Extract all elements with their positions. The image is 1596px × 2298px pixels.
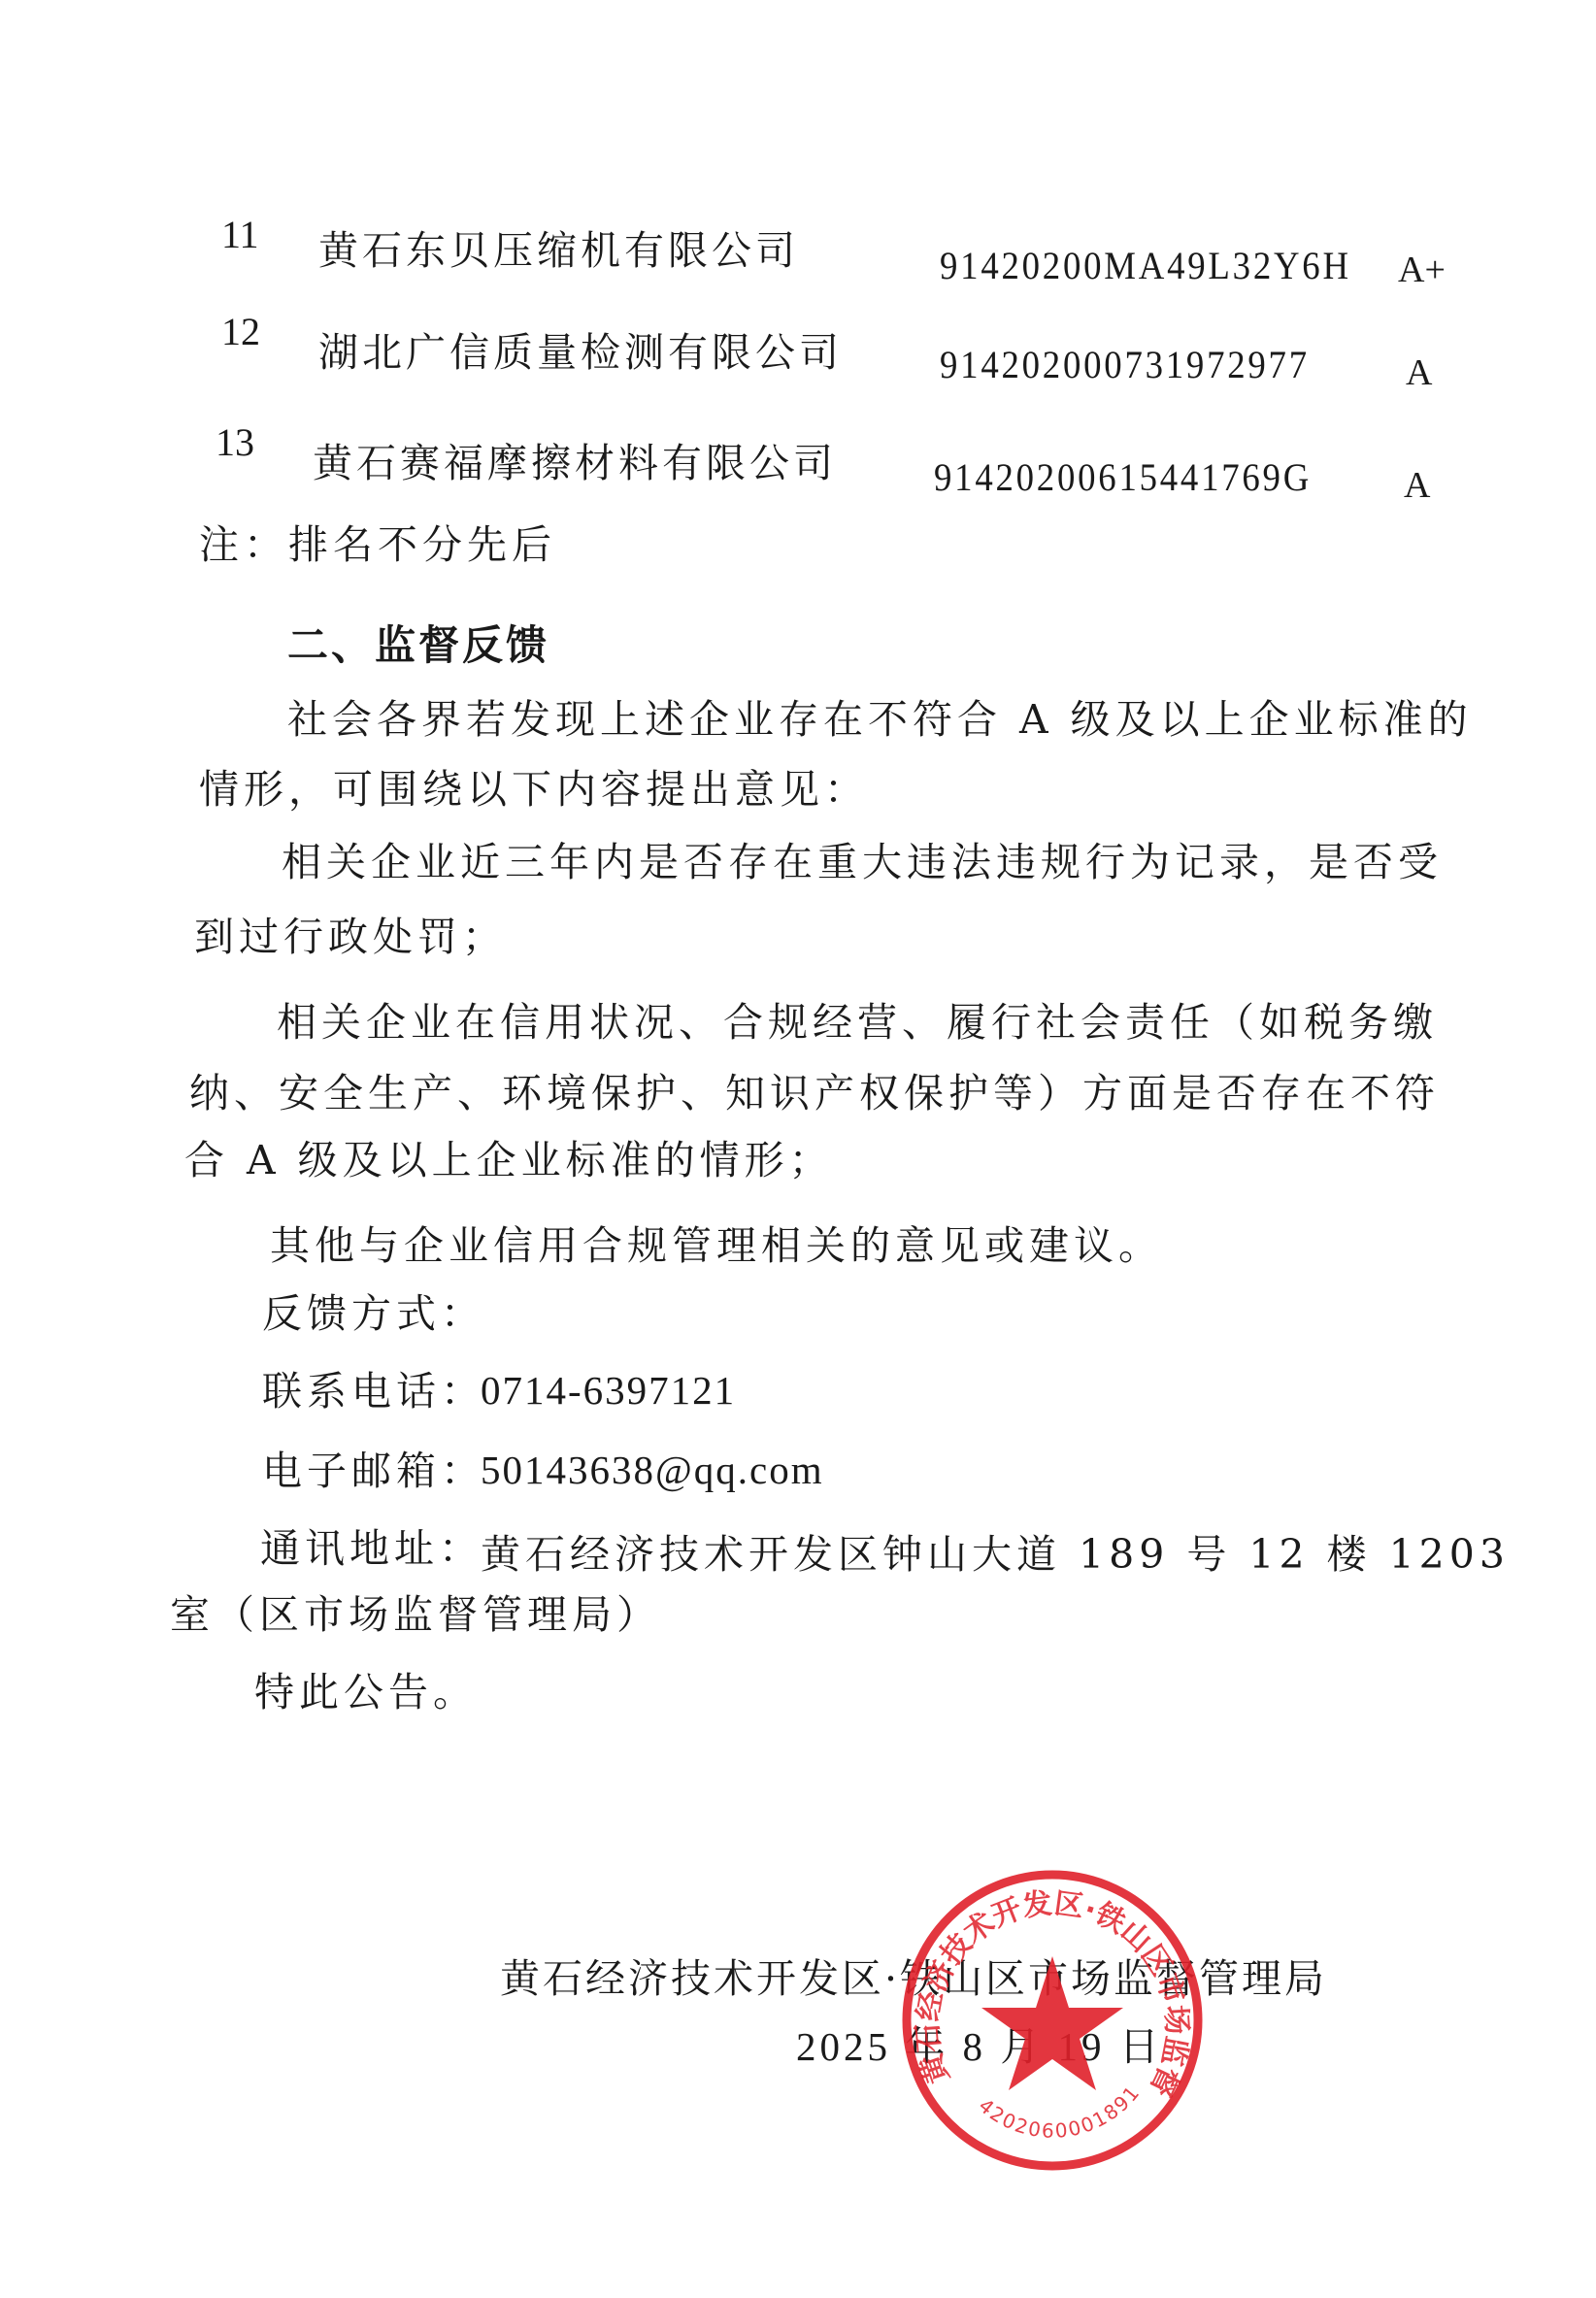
credit-grade: A xyxy=(1406,351,1432,394)
credit-code: 91420200615441769G xyxy=(934,454,1312,500)
company-name: 黄石东贝压缩机有限公司 xyxy=(318,218,799,276)
phone-label: 联系电话： xyxy=(262,1359,485,1416)
criterion-2-cont: 纳、安全生产、环境保护、知识产权保护等）方面是否存在不符 xyxy=(189,1061,1440,1118)
official-seal-icon: 黄石经济技术开发区·铁山区市场监督管理局 4202060001891 xyxy=(896,1864,1209,2177)
company-name: 湖北广信质量检测有限公司 xyxy=(318,320,843,378)
intro-paragraph-cont: 情形，可围绕以下内容提出意见： xyxy=(199,757,869,815)
criterion-3: 其他与企业信用合规管理相关的意见或建议。 xyxy=(270,1214,1163,1271)
svg-text:4202060001891: 4202060001891 xyxy=(975,2081,1146,2143)
email-value[interactable]: 50143638@qq.com xyxy=(481,1447,824,1493)
email-label: 电子邮箱： xyxy=(262,1439,485,1496)
criterion-2-cont2: 合 A 级及以上企业标准的情形； xyxy=(184,1128,834,1185)
feedback-label: 反馈方式： xyxy=(262,1282,485,1339)
ranking-note: 注：排名不分先后 xyxy=(199,513,556,570)
credit-code: 914202000731972977 xyxy=(940,342,1310,387)
criterion-2: 相关企业在信用状况、合规经营、履行社会责任（如税务缴 xyxy=(277,990,1438,1048)
address-value: 黄石经济技术开发区钟山大道 189 号 12 楼 1203 xyxy=(481,1522,1510,1580)
intro-paragraph: 社会各界若发现上述企业存在不符合 A 级及以上企业标准的 xyxy=(287,687,1473,745)
row-number: 11 xyxy=(221,212,259,257)
credit-code: 91420200MA49L32Y6H xyxy=(940,243,1351,288)
criterion-1-cont: 到过行政处罚； xyxy=(194,905,507,962)
row-number: 12 xyxy=(221,309,260,354)
credit-grade: A xyxy=(1404,464,1430,507)
section-heading: 二、监督反馈 xyxy=(287,614,549,672)
criterion-1: 相关企业近三年内是否存在重大违法违规行为记录，是否受 xyxy=(282,830,1443,887)
company-name: 黄石赛福摩擦材料有限公司 xyxy=(313,431,837,488)
phone-value[interactable]: 0714-6397121 xyxy=(481,1367,736,1414)
row-number: 13 xyxy=(216,419,254,465)
credit-grade: A+ xyxy=(1398,249,1446,291)
address-value-cont: 室（区市场监督管理局） xyxy=(170,1582,661,1640)
address-label: 通讯地址： xyxy=(260,1516,483,1574)
closing-statement: 特此公告。 xyxy=(254,1660,478,1717)
